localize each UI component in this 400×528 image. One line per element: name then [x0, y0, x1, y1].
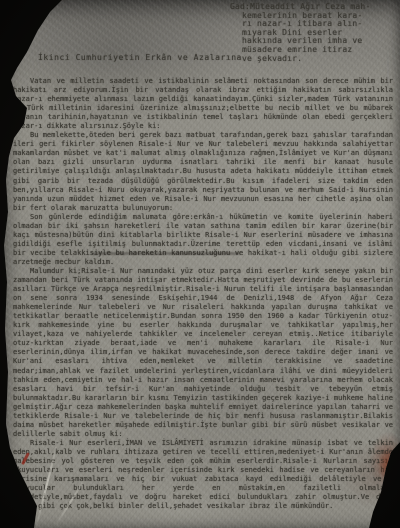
- ink-smudge: [92, 252, 240, 255]
- summary-note: Gad:Müteaddit Ağır Ceza mah- kemelerinin…: [230, 3, 392, 63]
- summary-note-line: ve şekvadır.: [242, 55, 392, 64]
- paragraph: Malumdur ki;Risale-i Nur namındaki yüz o…: [13, 267, 393, 439]
- brown-stain: [378, 448, 398, 482]
- paragraph: Son günlerde edindiğim malumata göre:erk…: [13, 213, 393, 267]
- scanned-document-photo: Gad:Müteaddit Ağır Ceza mah- kemelerinin…: [0, 0, 400, 528]
- paragraph: Risale-i Nur eserleri,İMAN ve İSLÂMİYETİ…: [13, 439, 393, 511]
- paragraph: Bu memlekette,öteden beri gerek bazı mat…: [13, 131, 393, 212]
- torn-paper-sheet: Gad:Müteaddit Ağır Ceza mah- kemelerinin…: [0, 0, 400, 528]
- paragraph: Vatan ve milletin saadeti ve istikbalini…: [13, 77, 393, 131]
- document-title: İkinci Cumhuriyetin Erkân ve Azalarına: [38, 53, 242, 62]
- letter-body: Vatan ve milletin saadeti ve istikbalini…: [13, 77, 393, 511]
